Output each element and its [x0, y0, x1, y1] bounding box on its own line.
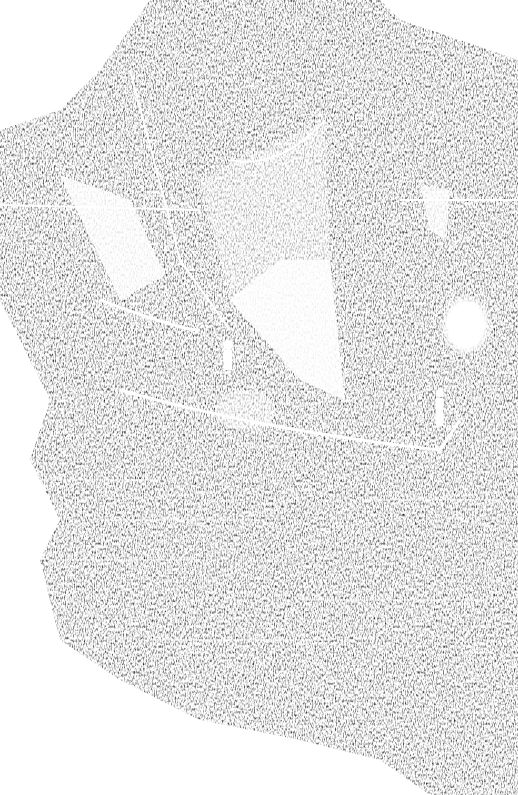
- illustration-svg: [0, 0, 518, 795]
- illustration: [0, 0, 518, 795]
- grain-overlay: [0, 0, 518, 795]
